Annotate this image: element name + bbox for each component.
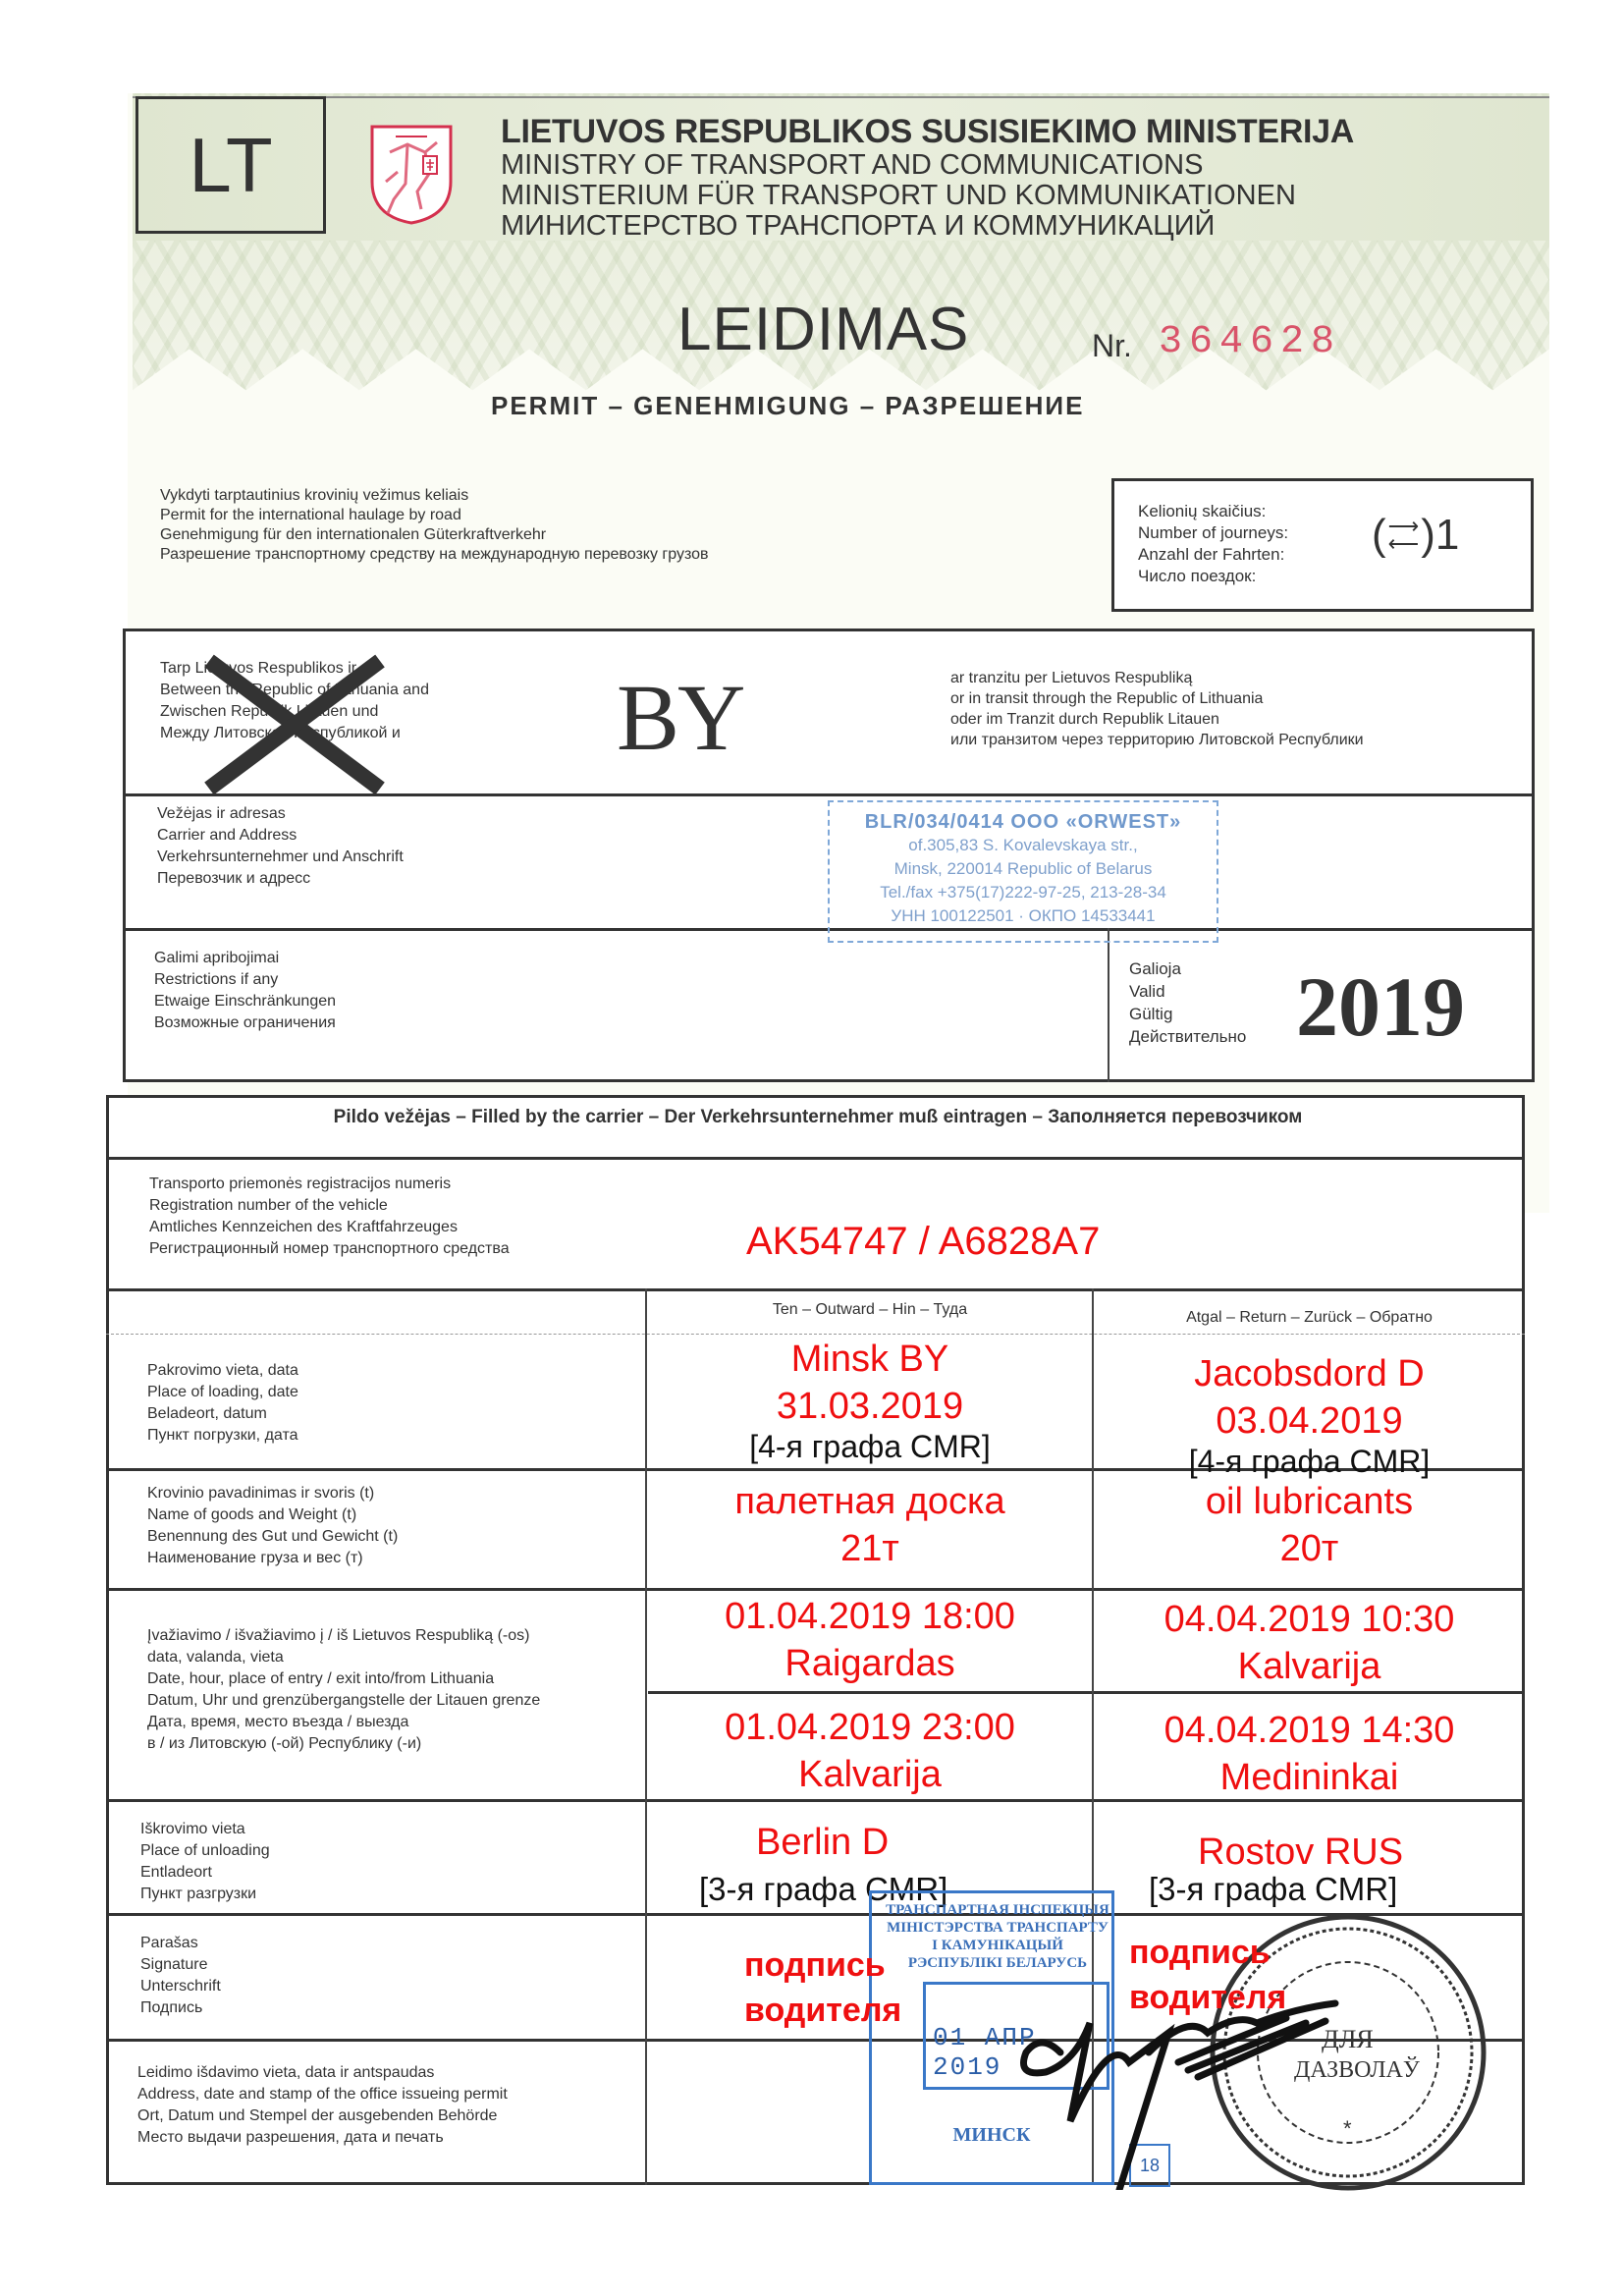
- outward-unloading-place: Berlin D: [756, 1822, 889, 1864]
- validity-label-lt: Galioja: [1129, 957, 1246, 980]
- return-unloading-place: Rostov RUS: [1198, 1831, 1403, 1874]
- transit-label-de: oder im Tranzit durch Republik Litauen: [950, 709, 1364, 730]
- return-loading-note: [4-я графа CMR]: [1094, 1444, 1525, 1480]
- issuing-label-ru: Место выдачи разрешения, дата и печать: [137, 2127, 508, 2149]
- journeys-label-ru: Число поездок:: [1138, 566, 1288, 587]
- carrier-stamp-ids: УНН 100122501 · ОКПО 14533441: [830, 904, 1217, 928]
- signature-labels: Parašas Signature Unterschrift Подпись: [140, 1933, 221, 2019]
- border-label-ru-2: в / из Литовскую (-ой) Республику (-и): [147, 1733, 540, 1755]
- outward-signature-placeholder: подпись водителя: [744, 1942, 901, 2033]
- transit-label-ru: или транзитом через территорию Литовской…: [950, 730, 1364, 750]
- intro-line-de: Genehmigung für den internationalen Güte…: [160, 525, 709, 545]
- return-loading-place: Jacobsdord D: [1094, 1350, 1525, 1397]
- unloading-label-de: Entladeort: [140, 1862, 270, 1884]
- loading-label-de: Beladeort, datum: [147, 1403, 298, 1425]
- outward-goods-name: палетная доска: [648, 1478, 1092, 1525]
- ministry-name-ru: МИНИСТЕРСТВО ТРАНСПОРТА И КОММУНИКАЦИЙ: [501, 210, 1215, 243]
- carrier-stamp-city: Minsk, 220014 Republic of Belarus: [830, 857, 1217, 881]
- validity-label-de: Gültig: [1129, 1003, 1246, 1025]
- carrier-stamp-name: BLR/034/0414 ООО «ORWEST»: [830, 810, 1217, 834]
- outward-exit-datetime: 01.04.2019 23:00: [648, 1704, 1092, 1751]
- outward-entry: 01.04.2019 18:00 Raigardas: [648, 1593, 1092, 1687]
- permit-subtitle: PERMIT – GENEHMIGUNG – РАЗРЕШЕНИЕ: [491, 391, 1084, 421]
- return-exit: 04.04.2019 14:30 Medininkai: [1094, 1707, 1525, 1801]
- carrier-stamp-phone: Tel./fax +375(17)222-97-25, 213-28-34: [830, 881, 1217, 904]
- permit-number: 364628: [1159, 320, 1341, 364]
- divider: [106, 1334, 1525, 1335]
- border-crossing-labels: Įvažiavimo / išvažiavimo į / iš Lietuvos…: [147, 1625, 540, 1755]
- border-label-ru-1: Дата, время, место въезда / выезда: [147, 1712, 540, 1733]
- permit-number-label: Nr.: [1092, 328, 1132, 364]
- outward-loading-date: 31.03.2019: [648, 1383, 1092, 1430]
- restrictions-label-en: Restrictions if any: [154, 969, 336, 991]
- goods-labels: Krovinio pavadinimas ir svoris (t) Name …: [147, 1483, 398, 1569]
- return-entry: 04.04.2019 10:30 Kalvarija: [1094, 1596, 1525, 1690]
- ministry-name-de: MINISTERIUM FÜR TRANSPORT UND KOMMUNIKAT…: [501, 180, 1296, 212]
- goods-label-ru: Наименование груза и вес (т): [147, 1548, 398, 1569]
- validity-label-ru: Действительно: [1129, 1025, 1246, 1048]
- return-exit-place: Medininkai: [1094, 1754, 1525, 1801]
- signature-label-de: Unterschrift: [140, 1976, 221, 1997]
- loading-label-en: Place of loading, date: [147, 1382, 298, 1403]
- ministry-name-lt: LIETUVOS RESPUBLIKOS SUSISIEKIMO MINISTE…: [501, 113, 1354, 151]
- ministry-name-en: MINISTRY OF TRANSPORT AND COMMUNICATIONS: [501, 149, 1203, 182]
- return-unloading-note: [3-я графа CMR]: [1149, 1871, 1397, 1908]
- return-goods: oil lubricants 20т: [1094, 1478, 1525, 1572]
- outward-loading-place: Minsk BY: [648, 1336, 1092, 1383]
- border-label-lt-1: Įvažiavimo / išvažiavimo į / iš Lietuvos…: [147, 1625, 540, 1647]
- unloading-label-lt: Iškrovimo vieta: [140, 1819, 270, 1840]
- return-goods-name: oil lubricants: [1094, 1478, 1525, 1525]
- divider: [1108, 928, 1109, 1082]
- inspection-stamp-text: ТРАНСПАРТНАЯ ІНСПЕКЦЫЯ МІНІСТЭРСТВА ТРАН…: [882, 1901, 1113, 1972]
- issuing-label-lt: Leidimo išdavimo vieta, data ir antspaud…: [137, 2062, 508, 2084]
- journeys-label-lt: Kelionių skaičius:: [1138, 501, 1288, 522]
- country-code: LT: [189, 121, 272, 210]
- intro-line-lt: Vykdyti tarptautinius krovinių vežimus k…: [160, 486, 709, 506]
- permit-title: LEIDIMAS: [677, 295, 969, 364]
- carrier-stamp: BLR/034/0414 ООО «ORWEST» of.305,83 S. K…: [828, 800, 1218, 943]
- signature-label-ru: Подпись: [140, 1997, 221, 2019]
- divider: [106, 1588, 1525, 1591]
- outward-goods-weight: 21т: [648, 1525, 1092, 1572]
- journeys-label-de: Anzahl der Fahrten:: [1138, 544, 1288, 566]
- restrictions-label-de: Etwaige Einschränkungen: [154, 991, 336, 1012]
- carrier-label-ru: Перевозчик и адресс: [157, 868, 404, 890]
- carrier-label-en: Carrier and Address: [157, 825, 404, 847]
- intro-line-en: Permit for the international haulage by …: [160, 506, 709, 525]
- carrier-stamp-street: of.305,83 S. Kovalevskaya str.,: [830, 834, 1217, 857]
- coat-of-arms-icon: [368, 123, 455, 226]
- return-goods-weight: 20т: [1094, 1525, 1525, 1572]
- journeys-count: ( ⟶ ⟵ ) 1: [1372, 511, 1459, 560]
- handwritten-signature-icon: [1001, 1994, 1394, 2190]
- border-label-en: Date, hour, place of entry / exit into/f…: [147, 1668, 540, 1690]
- goods-label-de: Benennung des Gut und Gewicht (t): [147, 1526, 398, 1548]
- carrier-section-header: Pildo vežėjas – Filled by the carrier – …: [116, 1107, 1520, 1128]
- column-divider: [645, 1288, 647, 2185]
- carrier-labels: Vežėjas ir adresas Carrier and Address V…: [157, 803, 404, 890]
- restrictions-labels: Galimi apribojimai Restrictions if any E…: [154, 948, 336, 1034]
- carrier-label-lt: Vežėjas ir adresas: [157, 803, 404, 825]
- loading-labels: Pakrovimo vieta, data Place of loading, …: [147, 1360, 298, 1447]
- unloading-labels: Iškrovimo vieta Place of unloading Entla…: [140, 1819, 270, 1905]
- outward-entry-place: Raigardas: [648, 1640, 1092, 1687]
- issuing-label-de: Ort, Datum und Stempel der ausgebenden B…: [137, 2105, 508, 2127]
- loading-label-lt: Pakrovimo vieta, data: [147, 1360, 298, 1382]
- divider: [106, 1288, 1525, 1291]
- registration-label-ru: Регистрационный номер транспортного сред…: [149, 1238, 510, 1260]
- goods-label-lt: Krovinio pavadinimas ir svoris (t): [147, 1483, 398, 1504]
- issuing-label-en: Address, date and stamp of the office is…: [137, 2084, 508, 2105]
- restrictions-label-lt: Galimi apribojimai: [154, 948, 336, 969]
- return-entry-place: Kalvarija: [1094, 1643, 1525, 1690]
- unloading-label-ru: Пункт разгрузки: [140, 1884, 270, 1905]
- return-entry-datetime: 04.04.2019 10:30: [1094, 1596, 1525, 1643]
- loading-label-ru: Пункт погрузки, дата: [147, 1425, 298, 1447]
- issuing-office-labels: Leidimo išdavimo vieta, data ir antspaud…: [137, 2062, 508, 2149]
- return-loading-date: 03.04.2019: [1094, 1397, 1525, 1445]
- unloading-label-en: Place of unloading: [140, 1840, 270, 1862]
- validity-year: 2019: [1296, 957, 1465, 1056]
- return-loading: Jacobsdord D 03.04.2019: [1094, 1350, 1525, 1445]
- return-column-header: Atgal – Return – Zurück – Обратно: [1094, 1309, 1525, 1327]
- goods-label-en: Name of goods and Weight (t): [147, 1504, 398, 1526]
- restrictions-label-ru: Возможные ограничения: [154, 1012, 336, 1034]
- permit-intro: Vykdyti tarptautinius krovinių vežimus k…: [160, 486, 709, 565]
- outward-entry-datetime: 01.04.2019 18:00: [648, 1593, 1092, 1640]
- validity-labels: Galioja Valid Gültig Действительно: [1129, 957, 1246, 1048]
- outward-exit: 01.04.2019 23:00 Kalvarija: [648, 1704, 1092, 1798]
- outward-column-header: Ten – Outward – Hin – Туда: [648, 1301, 1092, 1319]
- country-code-box: LT: [135, 96, 326, 234]
- signature-label-lt: Parašas: [140, 1933, 221, 1954]
- registration-label-de: Amtliches Kennzeichen des Kraftfahrzeuge…: [149, 1217, 510, 1238]
- outward-exit-place: Kalvarija: [648, 1751, 1092, 1798]
- intro-line-ru: Разрешение транспортному средству на меж…: [160, 545, 709, 565]
- signature-label-en: Signature: [140, 1954, 221, 1976]
- transit-label-en: or in transit through the Republic of Li…: [950, 688, 1364, 709]
- validity-label-en: Valid: [1129, 980, 1246, 1003]
- vehicle-registration-number: AK54747 / A6828A7: [746, 1220, 1100, 1264]
- outward-loading-note: [4-я графа CMR]: [648, 1429, 1092, 1465]
- divider: [106, 1157, 1525, 1160]
- transit-labels: ar tranzitu per Lietuvos Respubliką or i…: [950, 668, 1364, 750]
- outward-loading: Minsk BY 31.03.2019: [648, 1336, 1092, 1430]
- registration-label-lt: Transporto priemonės registracijos numer…: [149, 1174, 510, 1195]
- outward-goods: палетная доска 21т: [648, 1478, 1092, 1572]
- journeys-value: 1: [1435, 511, 1459, 560]
- divider: [648, 1691, 1525, 1694]
- registration-label-en: Registration number of the vehicle: [149, 1195, 510, 1217]
- partner-country: BY: [617, 663, 743, 772]
- border-label-de: Datum, Uhr und grenzübergangstelle der L…: [147, 1690, 540, 1712]
- return-exit-datetime: 04.04.2019 14:30: [1094, 1707, 1525, 1754]
- journeys-label-en: Number of journeys:: [1138, 522, 1288, 544]
- transit-label-lt: ar tranzitu per Lietuvos Respubliką: [950, 668, 1364, 688]
- journeys-labels: Kelionių skaičius: Number of journeys: A…: [1138, 501, 1288, 587]
- border-label-lt-2: data, valanda, vieta: [147, 1647, 540, 1668]
- journeys-box: Kelionių skaičius: Number of journeys: A…: [1111, 478, 1534, 612]
- registration-labels: Transporto priemonės registracijos numer…: [149, 1174, 510, 1260]
- carrier-label-de: Verkehrsunternehmer und Anschrift: [157, 847, 404, 868]
- round-trip-arrows-icon: ⟶ ⟵: [1388, 518, 1420, 553]
- cross-out-mark-icon: [191, 653, 398, 795]
